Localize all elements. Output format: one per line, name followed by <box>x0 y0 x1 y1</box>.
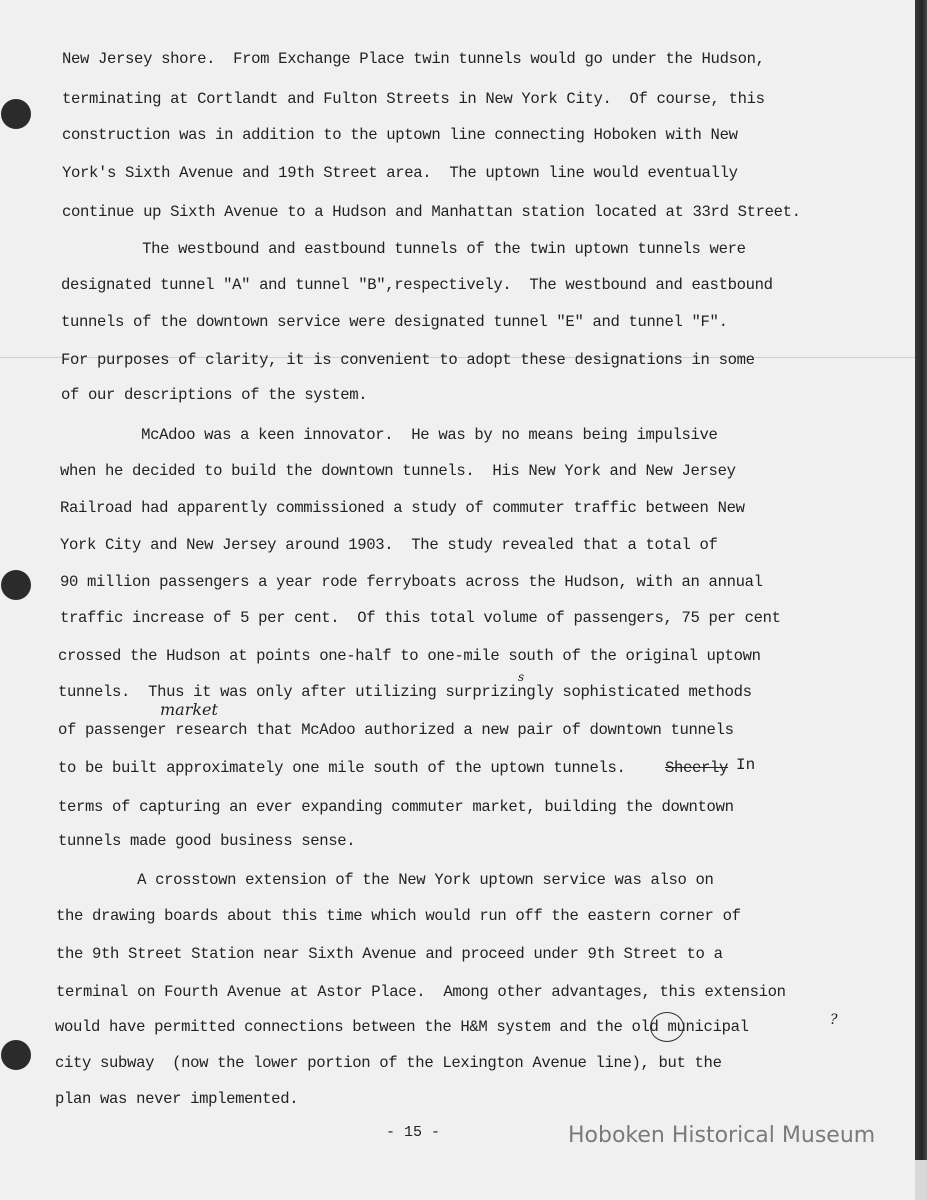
text-line: the 9th Street Station near Sixth Avenue… <box>56 945 723 963</box>
scan-edge-bottom <box>915 1160 927 1200</box>
text-line: York City and New Jersey around 1903. Th… <box>60 536 718 554</box>
text-line: would have permitted connections between… <box>55 1018 749 1036</box>
punch-hole <box>1 1040 31 1070</box>
text-line: terminating at Cortlandt and Fulton Stre… <box>62 90 765 108</box>
text-line: Railroad had apparently commissioned a s… <box>60 499 745 517</box>
text-line: continue up Sixth Avenue to a Hudson and… <box>62 203 801 221</box>
text-line: designated tunnel "A" and tunnel "B",res… <box>61 276 773 294</box>
page-number: - 15 - <box>386 1124 440 1141</box>
text-line: construction was in addition to the upto… <box>62 126 738 144</box>
text-line: The westbound and eastbound tunnels of t… <box>61 240 746 258</box>
text-line: McAdoo was a keen innovator. He was by n… <box>60 426 718 444</box>
text-line: tunnels made good business sense. <box>58 832 355 850</box>
punch-hole <box>1 570 31 600</box>
text-line: A crosstown extension of the New York up… <box>56 871 714 889</box>
text-line: of our descriptions of the system. <box>61 386 367 404</box>
text-line: to be built approximately one mile south… <box>58 759 644 777</box>
handwritten-spelling-fix: s <box>518 670 524 684</box>
text-line: York's Sixth Avenue and 19th Street area… <box>62 164 738 182</box>
text-line: the drawing boards about this time which… <box>56 907 741 925</box>
text-line: tunnels. Thus it was only after utilizin… <box>58 683 752 701</box>
text-line: of passenger research that McAdoo author… <box>58 721 734 739</box>
scan-edge <box>915 0 927 1160</box>
text-line: tunnels of the downtown service were des… <box>61 313 728 331</box>
text-line: traffic increase of 5 per cent. Of this … <box>60 609 781 627</box>
text-line: For purposes of clarity, it is convenien… <box>61 351 755 369</box>
text-line: 90 million passengers a year rode ferryb… <box>60 573 763 591</box>
watermark: Hoboken Historical Museum <box>568 1123 875 1148</box>
text-line: terminal on Fourth Avenue at Astor Place… <box>56 983 786 1001</box>
struck-word: Sheerly <box>665 759 728 777</box>
circled-word-mark <box>650 1012 684 1042</box>
text-line: city subway (now the lower portion of th… <box>55 1054 722 1072</box>
punch-hole <box>1 99 31 129</box>
text-line: crossed the Hudson at points one-half to… <box>58 647 761 665</box>
margin-question-mark: ? <box>830 1012 838 1028</box>
text-line: terms of capturing an ever expanding com… <box>58 798 734 816</box>
scanned-page: New Jersey shore. From Exchange Place tw… <box>0 0 915 1200</box>
text-line: plan was never implemented. <box>55 1090 298 1108</box>
handwritten-insert: market <box>160 700 218 719</box>
text-line: when he decided to build the downtown tu… <box>60 462 736 480</box>
handwritten-replacement: In <box>736 756 755 774</box>
text-line: New Jersey shore. From Exchange Place tw… <box>62 50 765 68</box>
